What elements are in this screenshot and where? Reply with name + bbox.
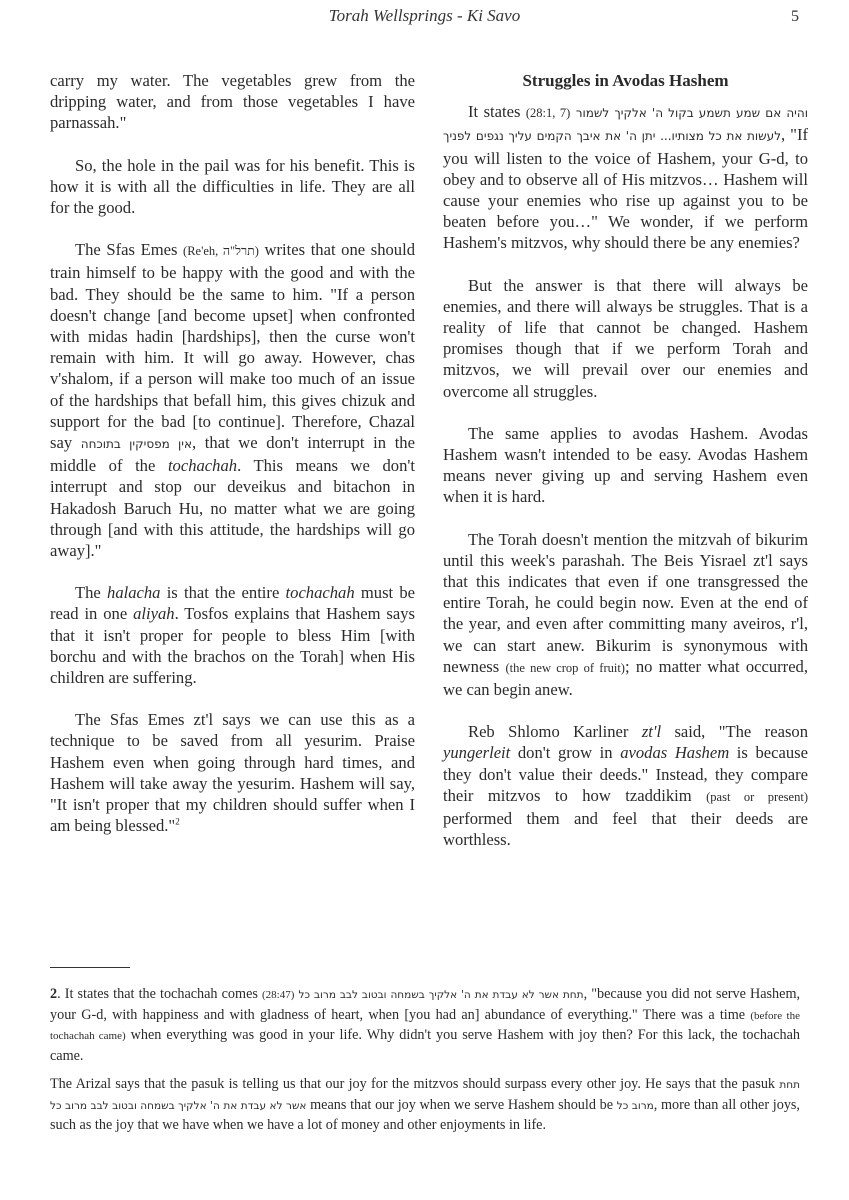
italic-term: avodas Hashem	[620, 743, 729, 762]
footnote-separator	[50, 967, 130, 968]
footnotes: 2. It states that the tochachah comes (2…	[50, 985, 800, 1145]
paragraph: But the answer is that there will always…	[443, 275, 808, 402]
right-column: Struggles in Avodas Hashem It states (28…	[443, 70, 808, 872]
footnote-continuation: The Arizal says that the pasuk is tellin…	[50, 1075, 800, 1136]
text: when everything was good in your life. W…	[50, 1027, 800, 1064]
text: It states	[468, 102, 526, 121]
paragraph: The same applies to avodas Hashem. Avoda…	[443, 423, 808, 508]
paragraph: The Torah doesn't mention the mitzvah of…	[443, 529, 808, 701]
text: The	[75, 583, 107, 602]
text: don't grow in	[510, 743, 620, 762]
text: performed them and feel that their deeds…	[443, 809, 808, 849]
italic-term: zt'l	[642, 722, 661, 741]
text: means that our joy when we serve Hashem …	[306, 1097, 616, 1113]
paragraph: The Sfas Emes (Re'eh, תרל"ה) writes that…	[50, 239, 415, 561]
text: said, "The reason	[661, 722, 808, 741]
hebrew-quote: תחת אשר לא עבדת את ה' אלקיך בשמחה ובטוב …	[299, 989, 584, 1001]
source-reference: (28:1, 7)	[526, 106, 570, 120]
hebrew-quote: מרוב כל	[617, 1100, 654, 1112]
paragraph: The halacha is that the entire tochachah…	[50, 582, 415, 688]
source-reference: (Re'eh, תרל"ה)	[183, 244, 259, 258]
left-column: carry my water. The vegetables grew from…	[50, 70, 415, 858]
footnote-reference[interactable]: 2	[175, 817, 180, 827]
text: The Sfas Emes	[75, 240, 183, 259]
text: The Sfas Emes zt'l says we can use this …	[50, 710, 415, 835]
running-title: Torah Wellsprings - Ki Savo	[0, 6, 849, 26]
text: writes that one should train himself to …	[50, 240, 415, 452]
paragraph: So, the hole in the pail was for his ben…	[50, 155, 415, 219]
paragraph: The Sfas Emes zt'l says we can use this …	[50, 709, 415, 836]
italic-term: aliyah	[133, 604, 174, 623]
footnote-2: 2. It states that the tochachah comes (2…	[50, 985, 800, 1066]
text: is that the entire	[160, 583, 285, 602]
text: , "If you will listen to the voice of Ha…	[443, 125, 808, 252]
parenthetical: (the new crop of fruit)	[505, 661, 624, 675]
italic-term: yungerleit	[443, 743, 510, 762]
paragraph: It states (28:1, 7) והיה אם שמע תשמע בקו…	[443, 101, 808, 253]
hebrew-quote: אין מפסיקין בתוכחה	[81, 437, 192, 451]
source-reference: (28:47)	[262, 989, 294, 1001]
text: The Arizal says that the pasuk is tellin…	[50, 1076, 779, 1092]
text: The Torah doesn't mention the mitzvah of…	[443, 530, 808, 676]
italic-term: tochachah	[168, 456, 237, 475]
paragraph: Reb Shlomo Karliner zt'l said, "The reas…	[443, 721, 808, 850]
italic-term: halacha	[107, 583, 160, 602]
italic-term: tochachah	[286, 583, 355, 602]
text: . It states that the tochachah comes	[57, 986, 262, 1002]
parenthetical: (past or present)	[706, 790, 808, 804]
page-number: 5	[791, 8, 799, 26]
text: Reb Shlomo Karliner	[468, 722, 642, 741]
paragraph: carry my water. The vegetables grew from…	[50, 70, 415, 134]
page-header: Torah Wellsprings - Ki Savo 5	[0, 6, 849, 30]
section-heading: Struggles in Avodas Hashem	[443, 70, 808, 91]
